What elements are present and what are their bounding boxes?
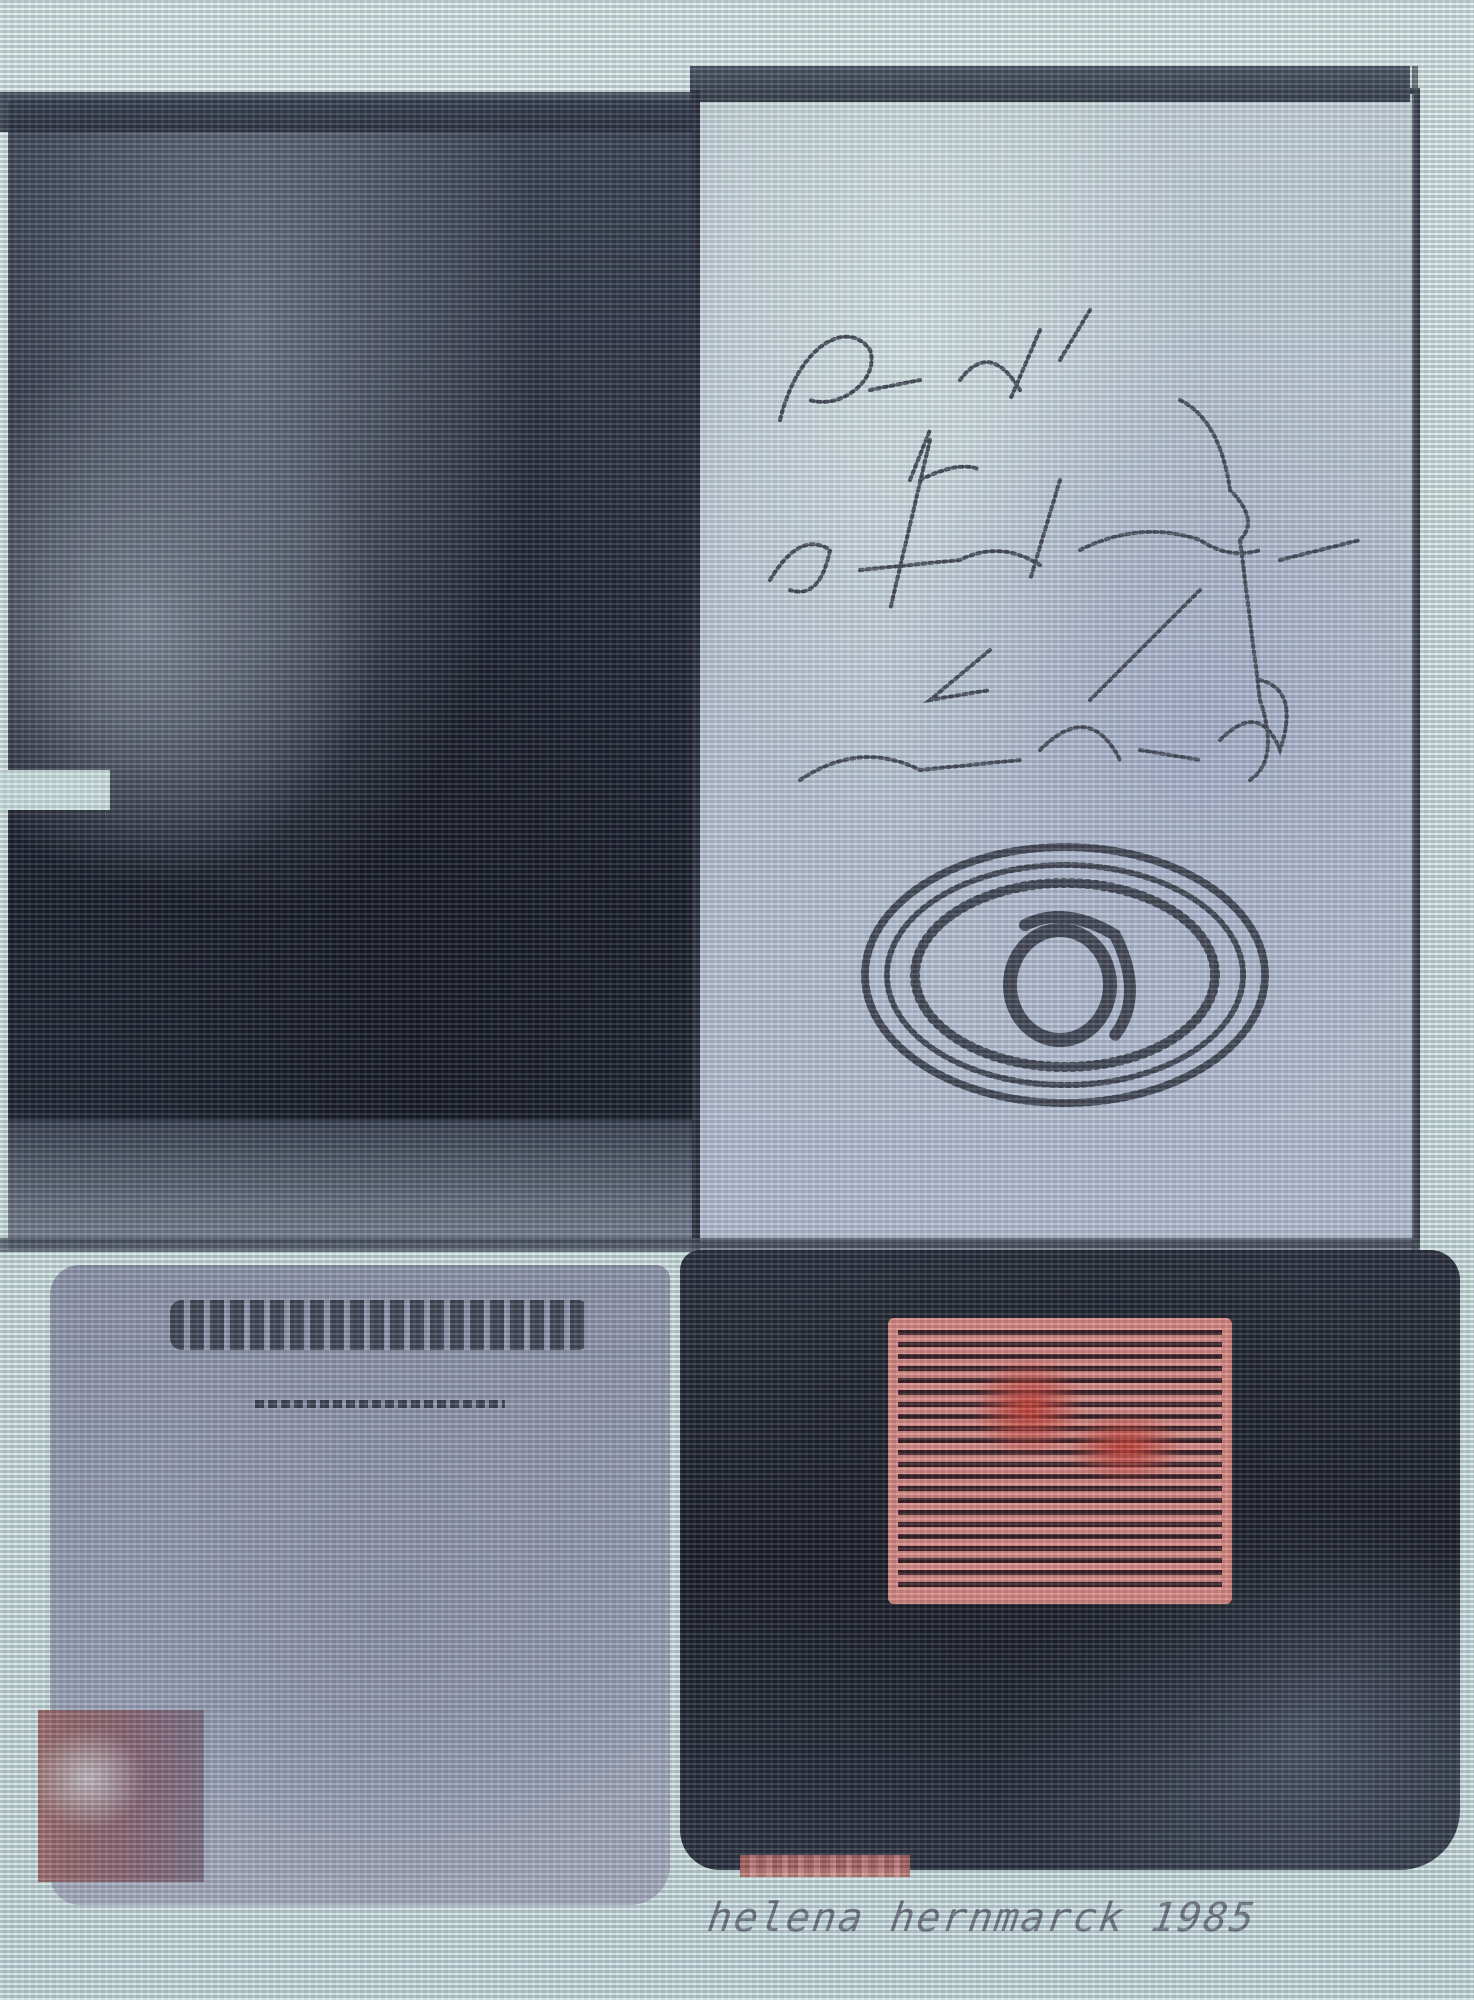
top-right-dark-band (690, 66, 1410, 102)
dark-top-left-panel (8, 100, 700, 1250)
coral-red-stamp (888, 1318, 1232, 1604)
printed-header-band (170, 1300, 590, 1350)
tapestry-artwork: helena hernmarck 1985 (0, 0, 1474, 2000)
vertical-divider (692, 90, 700, 1250)
handwritten-script (760, 280, 1380, 800)
dark-panel-lower-fade (8, 1120, 700, 1250)
top-left-dark-band (0, 92, 700, 132)
small-red-stamp (38, 1710, 204, 1882)
right-frame-line (1412, 66, 1418, 1256)
artist-signature: helena hernmarck 1985 (705, 1895, 1259, 1941)
oval-seal-emblem (845, 835, 1285, 1115)
panel-notch (0, 770, 110, 810)
red-woven-strip (740, 1855, 910, 1877)
printed-subline (255, 1400, 505, 1408)
